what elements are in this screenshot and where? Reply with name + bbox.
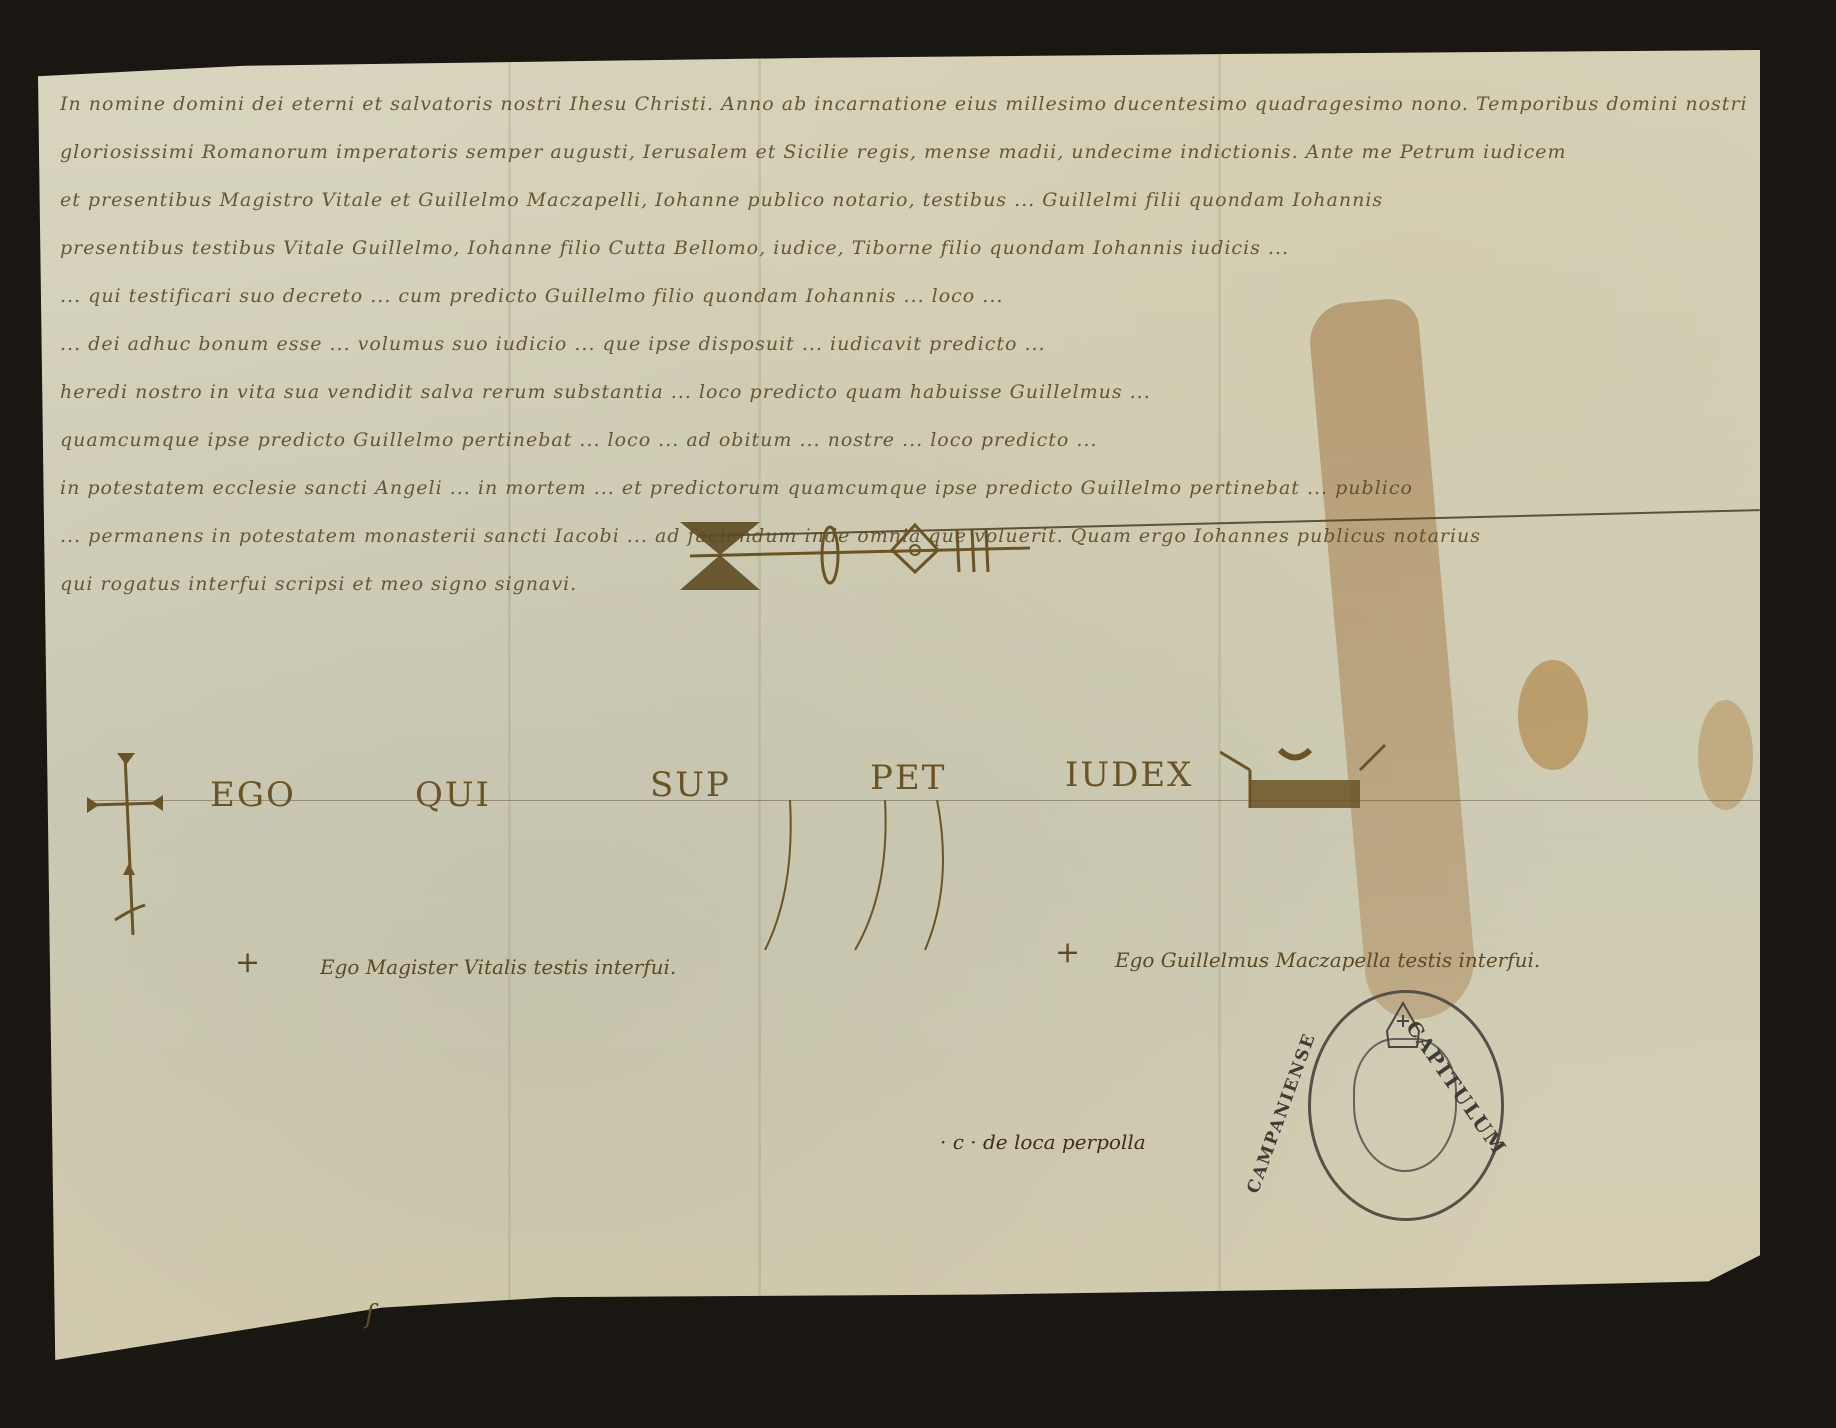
subscription-word: EGO (210, 775, 296, 815)
subscription-word: PET (870, 758, 946, 798)
text-line: heredi nostro in vita sua vendidit salva… (60, 368, 1750, 416)
text-line: qui rogatus interfui scripsi et meo sign… (60, 560, 600, 608)
notary-signum-icon (670, 510, 1030, 600)
witness-subscription: Ego Guillelmus Maczapella testis interfu… (1115, 948, 1540, 972)
text-line: et presentibus Magistro Vitale et Guille… (60, 176, 1750, 224)
judge-subscription: EGO QUI SUP PET IUDEX (80, 740, 1580, 940)
text-line: ... qui testificari suo decreto ... cum … (60, 272, 1750, 320)
text-line: ... dei adhuc bonum esse ... volumus suo… (60, 320, 1750, 368)
subscription-word: IUDEX (1065, 755, 1193, 795)
text-line: In nomine domini dei eterni et salvatori… (60, 80, 1750, 128)
text-line: quamcumque ipse predicto Guillelmo perti… (60, 416, 1750, 464)
descender-strokes-icon (720, 800, 1020, 960)
endorsement-note: · c · de loca perpolla (940, 1130, 1146, 1154)
witness-cross-icon: + (1055, 935, 1080, 970)
subscription-word: SUP (650, 765, 731, 805)
witness-cross-icon: + (235, 945, 260, 980)
stain-spot (1698, 700, 1753, 810)
text-line: gloriosissimi Romanorum imperatoris semp… (60, 128, 1750, 176)
judge-monogram-icon (1220, 740, 1410, 815)
margin-mark: ſ (365, 1300, 375, 1330)
subscription-word: QUI (415, 775, 491, 815)
text-line: in potestatem ecclesie sancti Angeli ...… (60, 464, 1750, 512)
text-line: presentibus testibus Vitale Guillelmo, I… (60, 224, 1750, 272)
archival-stamp: CAPITULUM CAMPANIENSE (1308, 990, 1504, 1221)
witness-subscription: Ego Magister Vitalis testis interfui. (320, 955, 676, 979)
